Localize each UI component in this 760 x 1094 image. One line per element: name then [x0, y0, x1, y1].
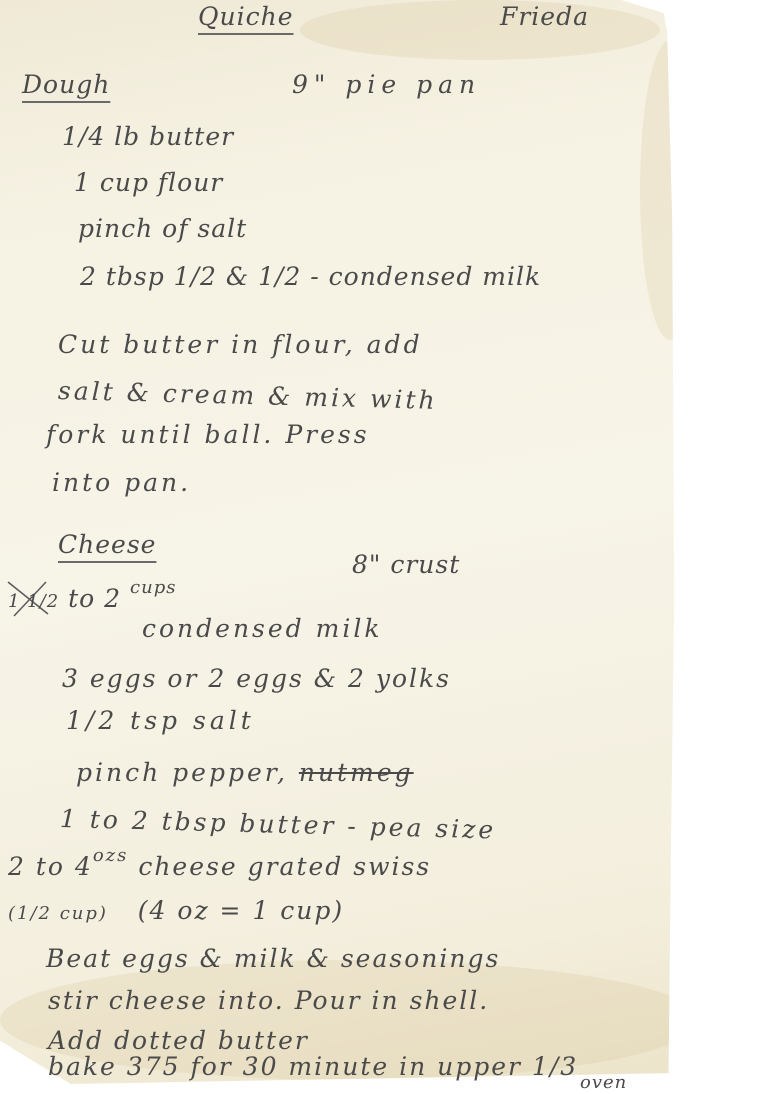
cheese-ingredient: 1/2 tsp salt: [66, 706, 255, 735]
cheese-ingredient: pinch pepper, nutmeg: [76, 758, 414, 787]
dough-pan-size: 9" pie pan: [292, 70, 481, 99]
dough-ingredient: 1 cup flour: [74, 168, 223, 197]
cheese-instruction: Beat eggs & milk & seasonings: [46, 944, 500, 973]
cheese-crust-size: 8" crust: [352, 550, 460, 579]
cheese-instruction: stir cheese into. Pour in shell.: [48, 986, 489, 1015]
recipe-author: Frieda: [500, 2, 589, 31]
cheese-grated-line: 2 to 4ozs cheese grated swiss: [8, 852, 431, 881]
milk-struck-value: 1 1/2: [8, 591, 59, 612]
cheese-unit: ozs: [93, 845, 129, 866]
dough-heading: Dough: [22, 70, 110, 99]
cheese-instruction: Add dotted butter: [48, 1026, 309, 1055]
pepper-text: pinch pepper,: [76, 758, 288, 787]
dough-instruction: into pan.: [52, 468, 191, 497]
cheese-label: cheese grated swiss: [138, 852, 431, 881]
dough-ingredient: 2 tbsp 1/2 & 1/2 - condensed milk: [80, 262, 541, 291]
cheese-amount: 2 to 4: [8, 852, 93, 881]
cheese-heading: Cheese: [58, 530, 156, 559]
cheese-notes: (1/2 cup) (4 oz = 1 cup): [8, 896, 344, 925]
milk-unit: cups: [130, 577, 176, 598]
milk-amount: to 2: [68, 584, 121, 613]
cheese-instruction: bake 375 for 30 minute in upper 1/3: [48, 1052, 578, 1081]
cheese-note-oz: (4 oz = 1 cup): [138, 896, 344, 925]
milk-label: condensed milk: [142, 614, 382, 643]
dough-instruction: Cut butter in flour, add: [58, 330, 423, 359]
paper-stain: [300, 0, 660, 60]
milk-amount-struck: 1 1/2 to 2 cups: [8, 584, 176, 613]
cheese-note-cup: (1/2 cup): [8, 903, 108, 924]
paper-stain: [640, 40, 700, 340]
oven-note: oven: [580, 1072, 627, 1093]
dough-instruction: fork until ball. Press: [46, 420, 370, 449]
cheese-ingredient: 3 eggs or 2 eggs & 2 yolks: [62, 664, 451, 693]
nutmeg-struck: nutmeg: [299, 758, 414, 787]
recipe-title: Quiche: [198, 2, 294, 31]
dough-ingredient: 1/4 lb butter: [62, 122, 234, 151]
dough-ingredient: pinch of salt: [78, 214, 247, 243]
